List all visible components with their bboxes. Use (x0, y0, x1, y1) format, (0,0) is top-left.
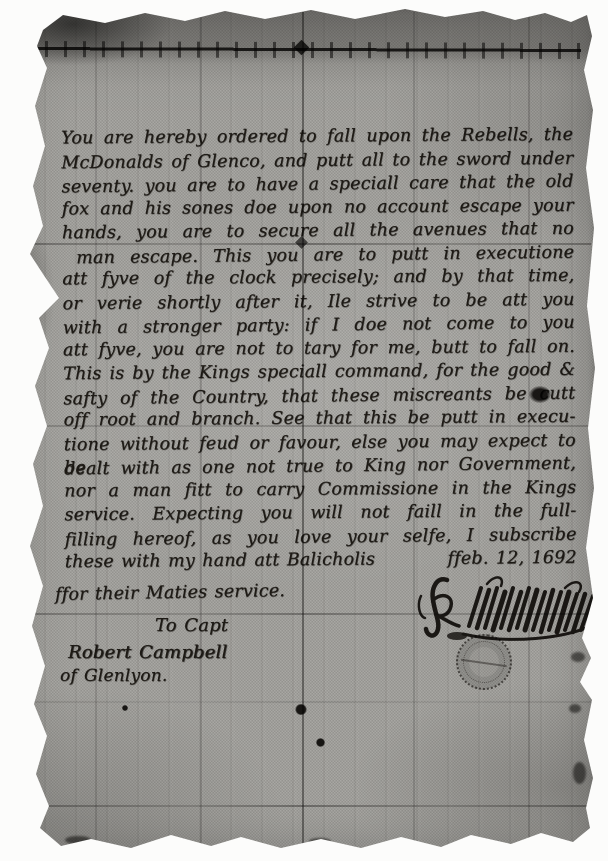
address-robert-campbell: Robert Campbell (68, 642, 227, 663)
letter-line: att fyve of the clock precisely; and by … (62, 265, 574, 292)
letter-line: You are hereby ordered to fall upon the … (61, 124, 573, 151)
edge-smudge (571, 652, 585, 662)
ink-spot (316, 738, 325, 747)
horizontal-fold-crease (17, 701, 591, 703)
letter-body: You are hereby ordered to fall upon the … (61, 124, 577, 575)
edge-smudge (569, 704, 581, 713)
letter-line: att fyve, you are not to tary for me, bu… (63, 335, 575, 362)
edge-smudge (309, 838, 331, 845)
edge-smudge (573, 762, 586, 784)
address-of-glenlyon: of Glenlyon. (60, 666, 168, 686)
signature-ink-strokes (417, 566, 603, 654)
horizontal-fold-crease (17, 805, 591, 807)
closing-text: these with my hand att Balicholis (65, 549, 375, 575)
signature-scrawl: R Duncanson (417, 566, 603, 654)
ink-blot (529, 386, 551, 403)
ink-spot (295, 704, 307, 715)
edge-smudge (65, 836, 91, 844)
letter-line: nor a man fitt to carry Commissione in t… (64, 476, 576, 503)
margin-mark (15, 278, 43, 340)
ink-spot (122, 705, 128, 711)
letter-line: fox and his sones doe upon no account es… (62, 194, 574, 221)
service-endorsement: ffor their Maties service. (55, 581, 285, 605)
letter-line: off root and branch. See that this be pu… (64, 406, 576, 433)
book-plate-page: { "colors": { "page_background": "#fcfcf… (0, 0, 608, 861)
letter-photograph: You are hereby ordered to fall upon the … (13, 6, 595, 854)
address-to-capt: To Capt (155, 615, 228, 636)
